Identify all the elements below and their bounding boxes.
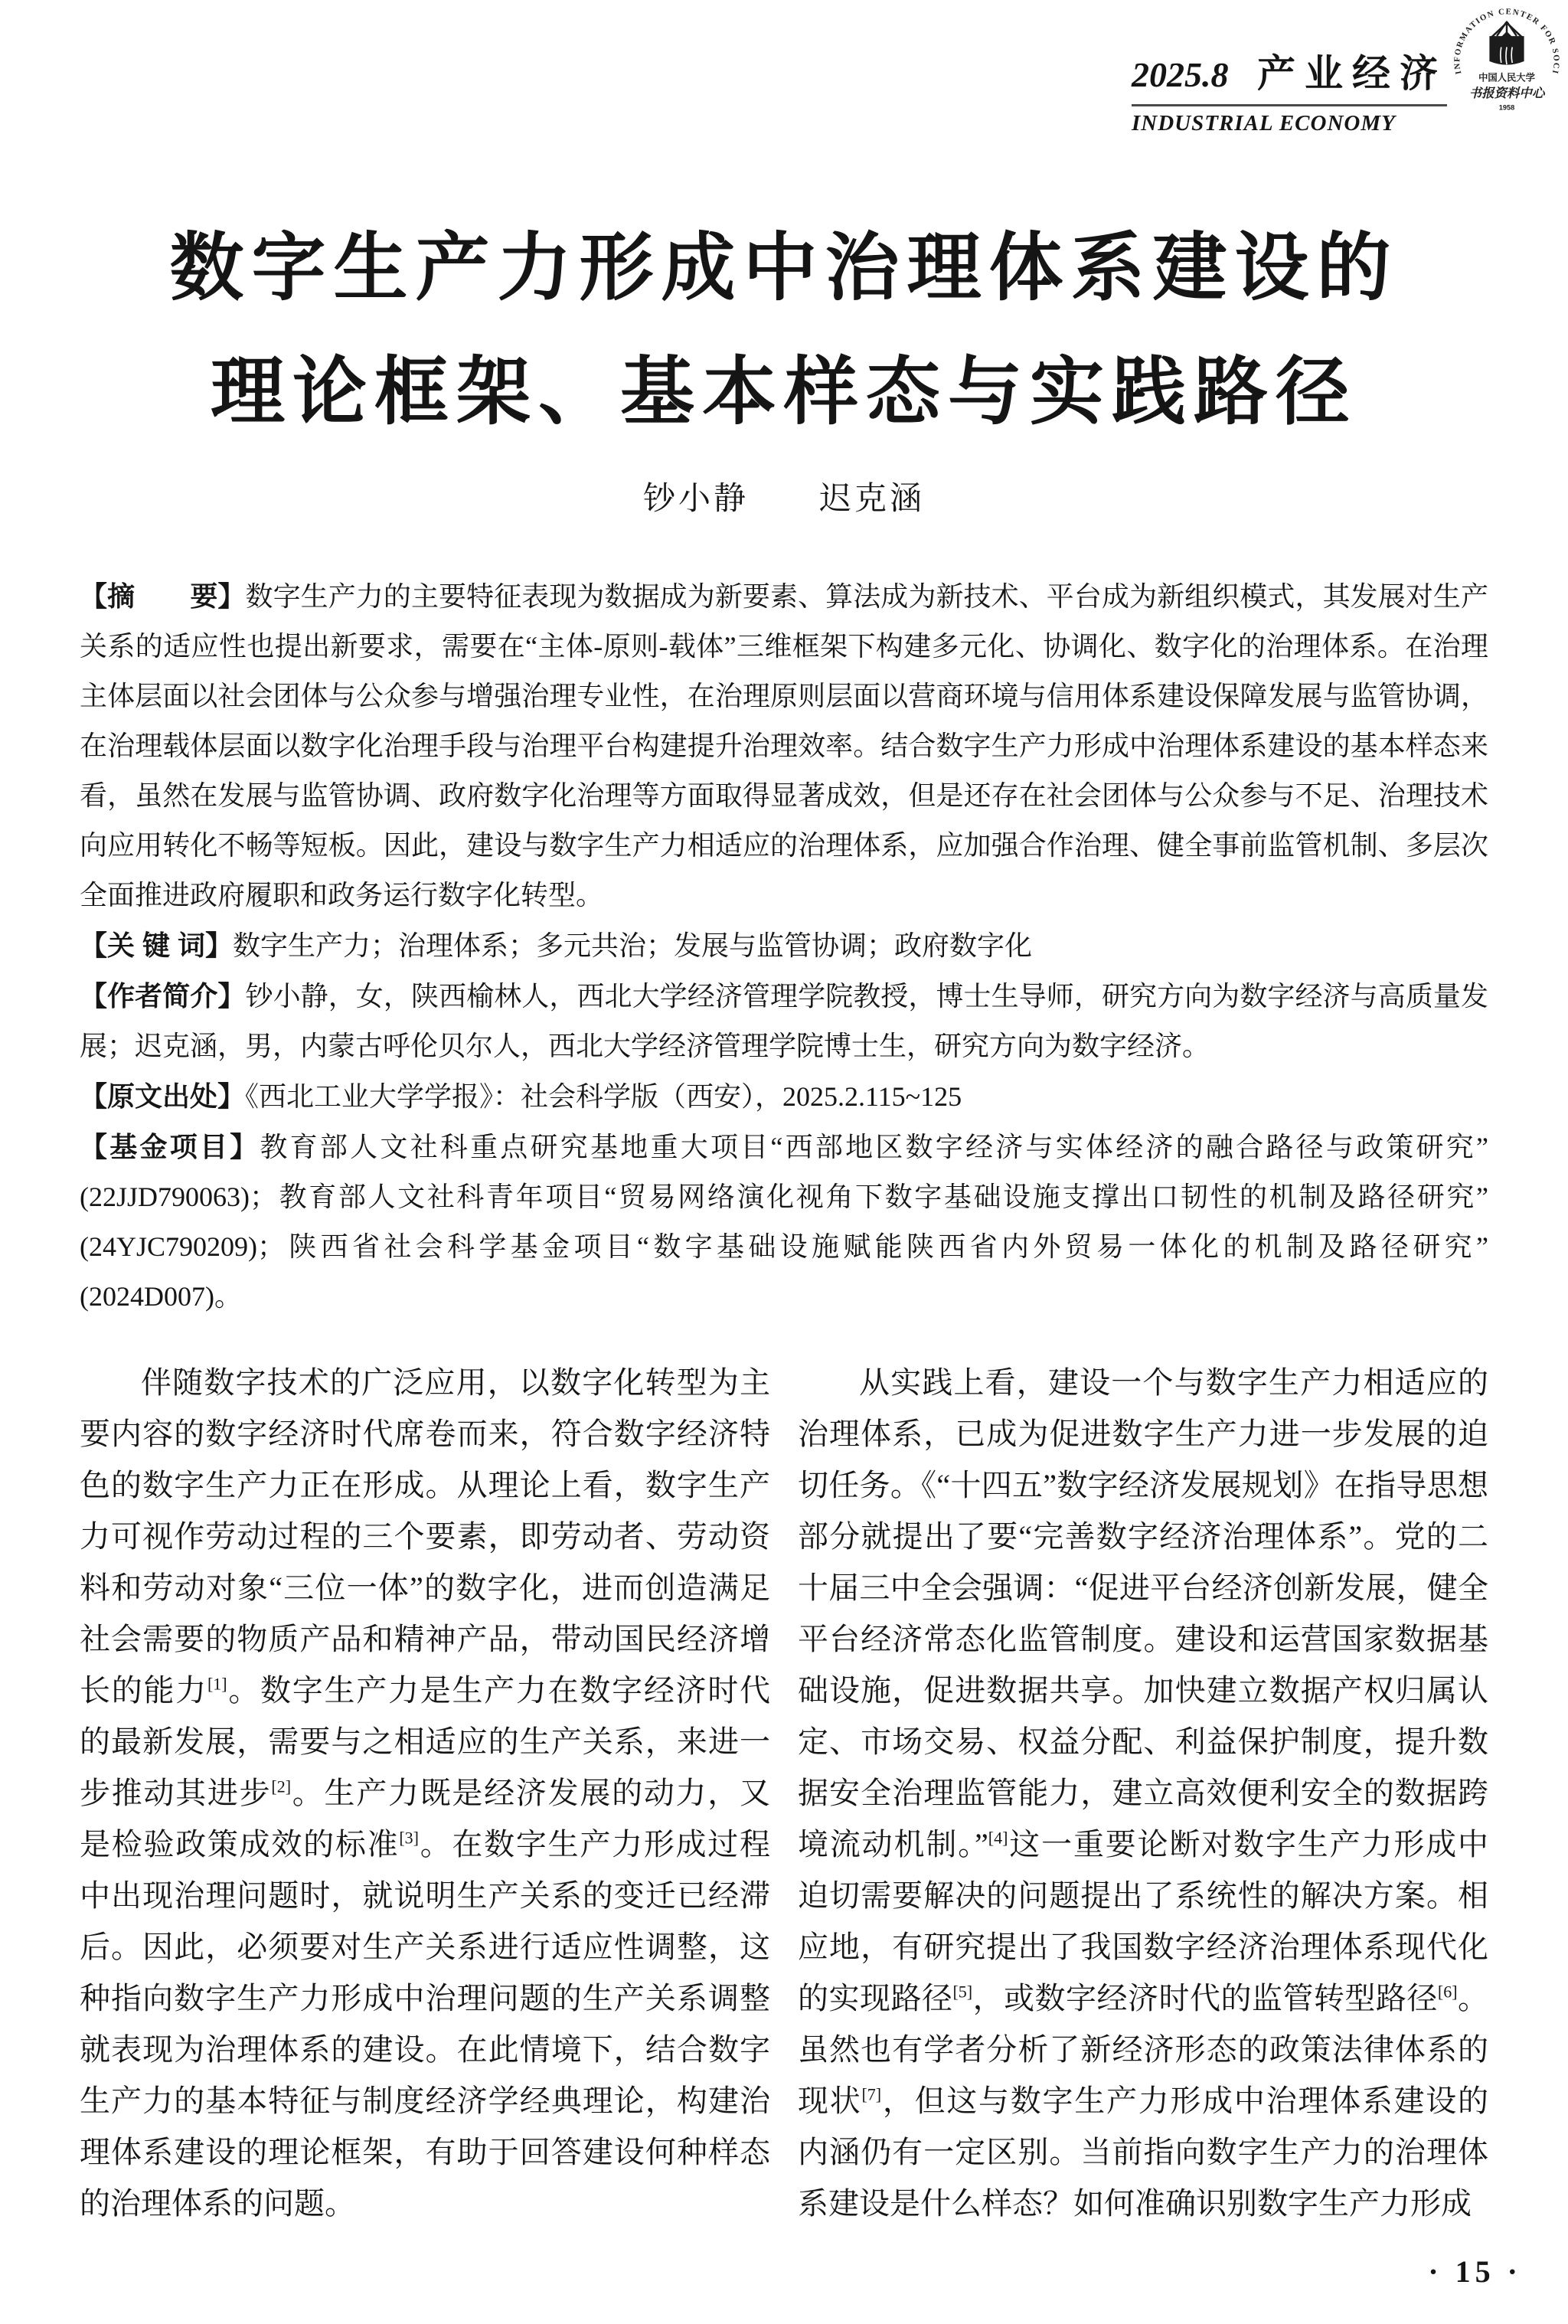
section-title-en: INDUSTRIAL ECONOMY	[1132, 111, 1447, 136]
section-title-cn: 产业经济	[1257, 43, 1447, 98]
publisher-seal-logo: INFORMATION CENTER FOR SOCIAL SCIENCES, …	[1449, 3, 1565, 119]
keywords: 【关 键 词】数字生产力；治理体系；多元共治；发展与监管协调；政府数字化	[80, 920, 1488, 971]
front-matter: 【摘 要】数字生产力的主要特征表现为数据成为新要素、算法成为新技术、平台成为新组…	[80, 571, 1488, 1322]
abstract-label: 【摘 要】	[80, 580, 245, 612]
original-source: 【原文出处】《西北工业大学学报》：社会科学版（西安），2025.2.115~12…	[80, 1071, 1488, 1122]
header-divider	[1132, 104, 1447, 106]
article-title-line-1: 数字生产力形成中治理体系建设的	[0, 207, 1568, 331]
page-header: 2025.8 产业经济 INDUSTRIAL ECONOMY	[1132, 43, 1447, 136]
funding-label: 【基金项目】	[80, 1131, 260, 1162]
seal-year: 1958	[1499, 104, 1515, 112]
original-source-label: 【原文出处】	[80, 1080, 245, 1112]
body-paragraph-left: 伴随数字技术的广泛应用，以数字化转型为主要内容的数字经济时代席卷而来，符合数字经…	[80, 1357, 770, 2229]
original-source-text: 《西北工业大学学报》：社会科学版（西安），2025.2.115~125	[245, 1081, 962, 1112]
article-title-line-2: 理论框架、基本样态与实践路径	[0, 331, 1568, 455]
seal-center-name: 书报资料中心	[1469, 86, 1547, 100]
page-number: · 15 ·	[1428, 2254, 1522, 2290]
book-icon	[1489, 22, 1524, 65]
article-authors: 钞小静 迟克涵	[0, 473, 1568, 519]
abstract: 【摘 要】数字生产力的主要特征表现为数据成为新要素、算法成为新技术、平台成为新组…	[80, 571, 1488, 920]
body-paragraph-right: 从实践上看，建设一个与数字生产力相适应的治理体系，已成为促进数字生产力进一步发展…	[798, 1357, 1488, 2229]
abstract-text: 数字生产力的主要特征表现为数据成为新要素、算法成为新技术、平台成为新组织模式，其…	[80, 581, 1488, 910]
seal-university-name: 中国人民大学	[1478, 72, 1536, 83]
keywords-label: 【关 键 词】	[80, 930, 233, 961]
author-bio-label: 【作者简介】	[80, 980, 245, 1012]
author-bio-text: 钞小静，女，陕西榆林人，西北大学经济管理学院教授，博士生导师，研究方向为数字经济…	[80, 981, 1488, 1061]
article-title-block: 数字生产力形成中治理体系建设的 理论框架、基本样态与实践路径 钞小静 迟克涵	[0, 207, 1568, 519]
right-column: 从实践上看，建设一个与数字生产力相适应的治理体系，已成为促进数字生产力进一步发展…	[798, 1357, 1488, 2229]
author-bio: 【作者简介】钞小静，女，陕西榆林人，西北大学经济管理学院教授，博士生导师，研究方…	[80, 971, 1488, 1071]
funding-text: 教育部人文社科重点研究基地重大项目“西部地区数字经济与实体经济的融合路径与政策研…	[80, 1132, 1488, 1312]
body-columns: 伴随数字技术的广泛应用，以数字化转型为主要内容的数字经济时代席卷而来，符合数字经…	[80, 1357, 1488, 2229]
keywords-text: 数字生产力；治理体系；多元共治；发展与监管协调；政府数字化	[233, 930, 1032, 961]
funding: 【基金项目】教育部人文社科重点研究基地重大项目“西部地区数字经济与实体经济的融合…	[80, 1122, 1488, 1322]
left-column: 伴随数字技术的广泛应用，以数字化转型为主要内容的数字经济时代席卷而来，符合数字经…	[80, 1357, 770, 2229]
journal-page: 2025.8 产业经济 INDUSTRIAL ECONOMY INFORMATI…	[0, 0, 1568, 2324]
header-row: 2025.8 产业经济	[1132, 43, 1447, 98]
issue-number: 2025.8	[1132, 54, 1229, 95]
